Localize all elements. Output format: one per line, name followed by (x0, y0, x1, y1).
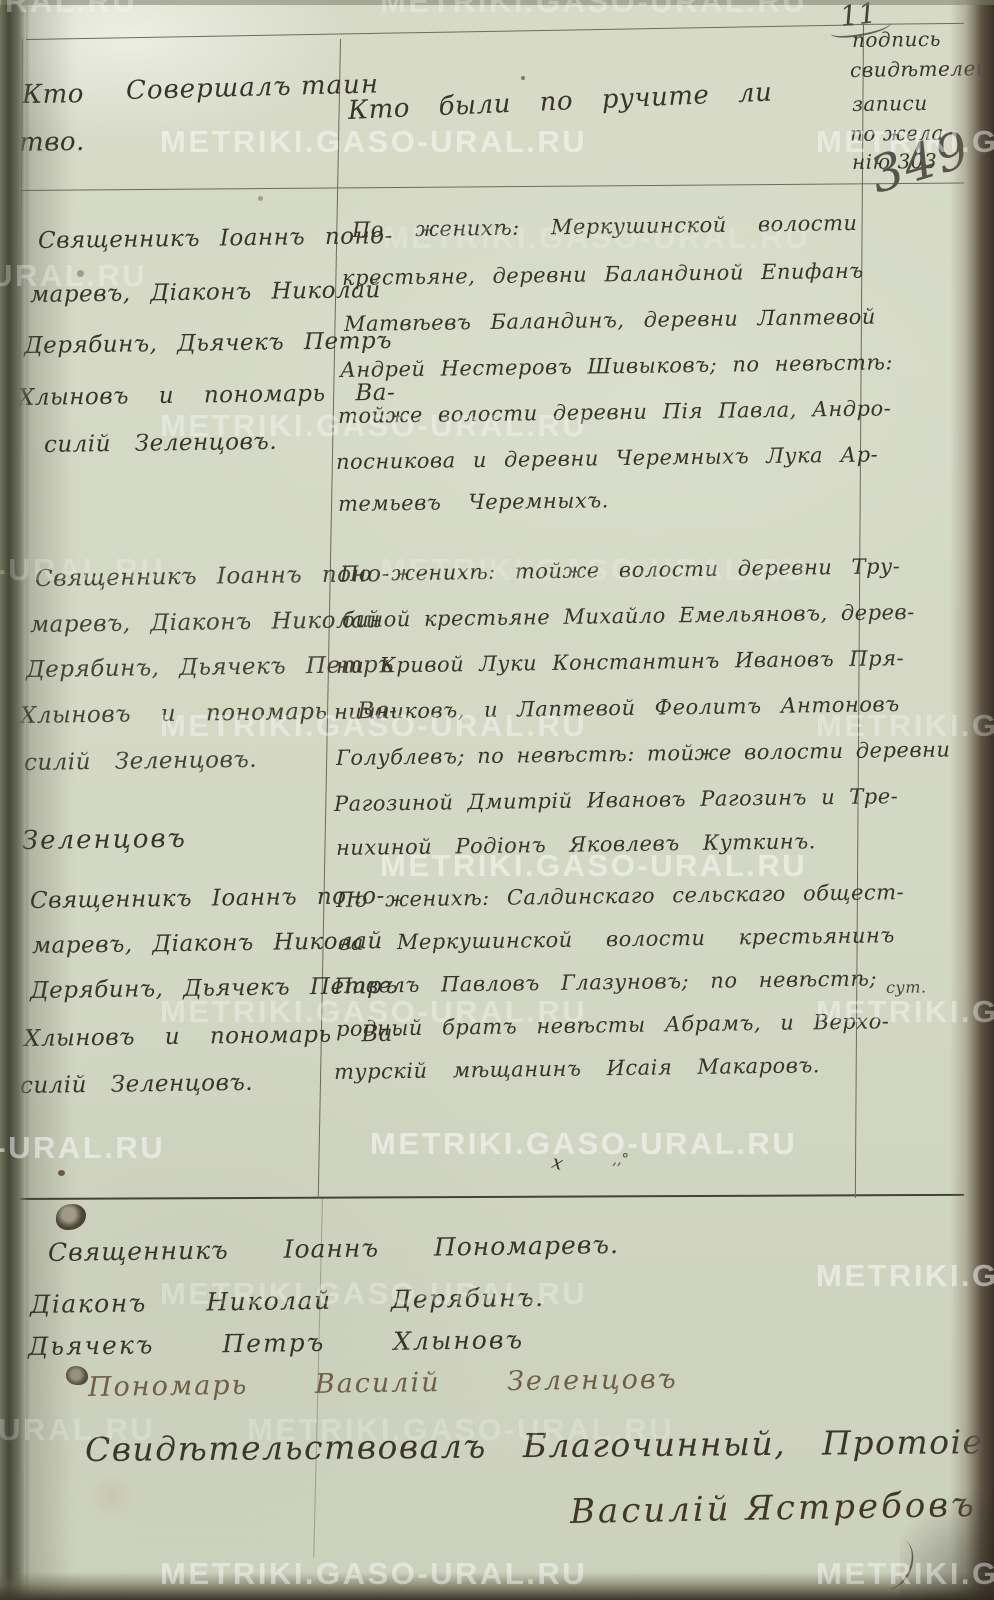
right-scan-edge (950, 0, 994, 1600)
record-witnesses-line: По женихѣ: тойже волости деревни Тру- (340, 554, 901, 586)
watermark-text: METRIKI.GASO-URAL.RU (160, 124, 587, 160)
signature-priest: Священникъ Іоаннъ Пономаревъ. (48, 1230, 619, 1267)
record-witnesses-line: ничниковъ, и Лаптевой Феолитъ Антоновъ (334, 692, 900, 724)
signature-ponomar: Пономарь Василій Зеленцовъ (88, 1364, 678, 1403)
record-clergy-signature: Зеленцовъ (22, 824, 187, 856)
watermark-text: METRIKI.GASO-URAL.RU (160, 1556, 587, 1592)
record-witnesses-line: Матвѣевъ Баландинъ, деревни Лаптевой (344, 305, 876, 336)
dots-scribble: ‚‚° (612, 1150, 629, 1168)
record-witnesses-line: ни Кривой Луки Константинъ Ивановъ Пря- (336, 646, 904, 678)
record-witnesses-line: крестьяне, деревни Баландиной Епифанъ (342, 259, 864, 290)
record-witnesses-line: По женихѣ: Меркушинской волости (352, 211, 858, 242)
record-clergy-line: маревъ, Діаконъ Николай (30, 277, 381, 308)
table-line-top (26, 25, 854, 40)
header-col2: Кто были по ручите ли (347, 77, 773, 125)
attestation-signature: Василій Ястребовъ. (570, 1485, 991, 1532)
record-witnesses-line: посникова и деревни Черемныхъ Лука Ар- (336, 442, 879, 474)
watermark-text: METRIKI.GASO-URAL.RU (380, 0, 807, 20)
watermark-text: METRIKI.GASO-URAL.RU (0, 0, 137, 20)
watermark-text: METRIKI.GASO-URAL.RU (816, 1258, 994, 1294)
paper-speck (58, 1170, 65, 1176)
record-witnesses-line: тойже волости деревни Пія Павла, Андро- (338, 396, 892, 428)
ink-blot (66, 1366, 88, 1385)
header-col3-line: свидѣтелей (850, 56, 990, 82)
record-witnesses-line: темьевъ Черемныхъ. (338, 488, 609, 516)
paper-stain (86, 1474, 138, 1518)
paper-speck (77, 270, 84, 277)
table-line-header-bottom (14, 183, 964, 191)
bottom-scan-edge (0, 1572, 994, 1600)
watermark-text: METRIKI.GASO-URAL.RU (370, 1126, 797, 1162)
signature-flourish (868, 1533, 921, 1595)
record-witnesses-line: Рагозиной Дмитрій Ивановъ Рагозинъ и Тре… (334, 784, 899, 816)
record-clergy-line: Священникъ Іоаннъ поно- (38, 223, 393, 254)
signature-sexton: Дьячекъ Петръ Хлыновъ (28, 1325, 524, 1361)
table-line-left-border (14, 39, 23, 1199)
record-witnesses-line: биной крестьяне Михайло Емельяновъ, дере… (342, 600, 915, 632)
record-clergy-line: силій Зеленцовъ. (44, 429, 277, 458)
x-scribble: х (549, 1151, 565, 1175)
record-witnesses-line: ва Меркушинской волости крестьянинъ (338, 923, 895, 955)
record-witnesses-line: турскій мѣщанинъ Исаія Макаровъ. (334, 1053, 820, 1084)
margin-note: сут. (886, 977, 927, 997)
header-col1-word3: ство. (4, 127, 85, 158)
metric-book-page: 11 349 Кто Совершалъ таин ство. Кто были… (0, 0, 994, 1600)
header-col3-line: записи (852, 91, 928, 116)
watermark-text: METRIKI.GASO-URAL.RU (0, 1130, 165, 1166)
paper-speck (258, 196, 263, 201)
record-witnesses-line: родный братъ невѣсты Абрамъ, и Верхо- (336, 1009, 890, 1041)
signature-deacon: Діаконъ Николай Дерябинъ. (30, 1283, 545, 1319)
attestation-line: Свидѣтельствовалъ Благочинный, Протоіере… (85, 1422, 994, 1469)
record-clergy-line: Дерябинъ, Дьячекъ Петръ (24, 328, 392, 359)
record-clergy-line: силій Зеленцовъ. (20, 1070, 253, 1099)
header-col1-word2: Совершалъ таин (126, 69, 380, 106)
paper-speck (521, 76, 525, 80)
record-clergy-line: Священникъ Іоаннъ поно- (35, 561, 390, 592)
record-clergy-line: маревъ, Діаконъ Николай (32, 928, 383, 959)
record-witnesses-line: Павелъ Павловъ Глазуновъ; по невѣстѣ; (334, 966, 877, 998)
record-witnesses-line: По женихѣ: Салдинскаго сельскаго общест- (336, 880, 904, 912)
record-clergy-line: маревъ, Діаконъ Николай (30, 607, 381, 638)
record-witnesses-line: нихиной Родіонъ Яковлевъ Куткинъ. (336, 829, 816, 860)
record-clergy-line: силій Зеленцовъ. (24, 747, 257, 776)
header-col3-line: подпись (852, 27, 941, 52)
table-line-records-bottom (14, 1194, 964, 1200)
record-witnesses-line: Андрей Нестеровъ Шивыковъ; по невѣстѣ: (340, 350, 893, 382)
record-clergy-line: Священникъ Іоаннъ поно- (30, 883, 385, 914)
header-col1-word1: Кто (22, 79, 84, 110)
left-binding-edge (0, 0, 30, 1600)
ink-blot (56, 1204, 86, 1230)
